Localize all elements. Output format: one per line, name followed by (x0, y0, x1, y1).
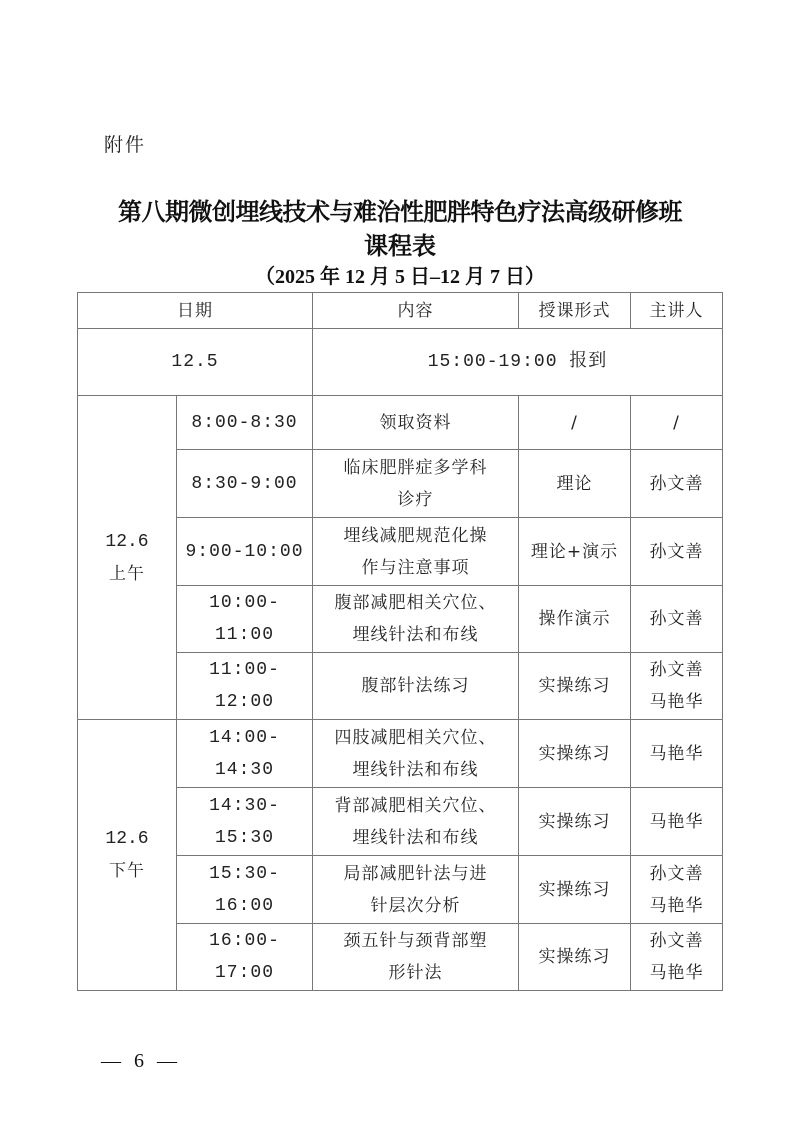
content-line: 针层次分析 (317, 890, 514, 922)
content-line: 埋线减肥规范化操 (317, 520, 514, 552)
registration-content: 15:00-19:00 报到 (313, 329, 723, 396)
content-cell: 腹部减肥相关穴位、 埋线针法和布线 (313, 586, 519, 653)
speaker-cell: 马艳华 (631, 788, 723, 856)
content-cell: 临床肥胖症多学科 诊疗 (313, 450, 519, 518)
time-cell: 8:30-9:00 (177, 450, 313, 518)
header-format: 授课形式 (519, 293, 631, 329)
time-cell: 14:30-15:30 (177, 788, 313, 856)
content-line: 腹部减肥相关穴位、 (317, 587, 514, 619)
content-cell: 腹部针法练习 (313, 653, 519, 720)
time-cell: 14:00-14:30 (177, 720, 313, 788)
content-line: 形针法 (317, 957, 514, 989)
header-speaker: 主讲人 (631, 293, 723, 329)
speaker-cell: 孙文善 马艳华 (631, 856, 723, 924)
registration-row: 12.5 15:00-19:00 报到 (78, 329, 723, 396)
date-range: （2025 年 12 月 5 日–12 月 7 日） (0, 260, 800, 289)
content-cell: 四肢减肥相关穴位、 埋线针法和布线 (313, 720, 519, 788)
content-cell: 颈五针与颈背部塑 形针法 (313, 924, 519, 991)
speaker-name: 孙文善 (635, 654, 718, 686)
time-cell: 11:00-12:00 (177, 653, 313, 720)
speaker-cell: 孙文善 (631, 586, 723, 653)
content-line: 临床肥胖症多学科 (317, 452, 514, 484)
time-cell: 8:00-8:30 (177, 396, 313, 450)
content-cell: 局部减肥针法与进 针层次分析 (313, 856, 519, 924)
speaker-name: 马艳华 (635, 806, 718, 838)
content-line: 颈五针与颈背部塑 (317, 925, 514, 957)
speaker-name: 孙文善 (635, 858, 718, 890)
afternoon-date: 12.6 (82, 823, 172, 855)
content-cell: 领取资料 (313, 396, 519, 450)
time-cell: 9:00-10:00 (177, 518, 313, 586)
header-date: 日期 (78, 293, 313, 329)
header-content: 内容 (313, 293, 519, 329)
format-cell: 实操练习 (519, 924, 631, 991)
document-title: 第八期微创埋线技术与难治性肥胖特色疗法高级研修班 (0, 192, 800, 227)
morning-date: 12.6 (82, 526, 172, 558)
document-subtitle: 课程表 (0, 226, 800, 261)
speaker-name: 孙文善 (635, 925, 718, 957)
speaker-name: 孙文善 (635, 468, 718, 500)
morning-period: 上午 (82, 558, 172, 590)
format-cell: 操作演示 (519, 586, 631, 653)
content-cell: 埋线减肥规范化操 作与注意事项 (313, 518, 519, 586)
attachment-label: 附件 (104, 130, 146, 157)
content-line: 诊疗 (317, 484, 514, 516)
speaker-name: 马艳华 (635, 686, 718, 718)
morning-date-cell: 12.6 上午 (78, 396, 177, 720)
afternoon-date-cell: 12.6 下午 (78, 720, 177, 991)
speaker-name: 马艳华 (635, 738, 718, 770)
speaker-name: 孙文善 (635, 603, 718, 635)
registration-date: 12.5 (78, 329, 313, 396)
format-cell: 实操练习 (519, 788, 631, 856)
speaker-cell: 孙文善 (631, 450, 723, 518)
speaker-name: 马艳华 (635, 890, 718, 922)
speaker-cell: / (631, 396, 723, 450)
content-line: 局部减肥针法与进 (317, 858, 514, 890)
format-cell: 实操练习 (519, 653, 631, 720)
format-cell: 实操练习 (519, 856, 631, 924)
content-line: 埋线针法和布线 (317, 619, 514, 651)
header-row: 日期 内容 授课形式 主讲人 (78, 293, 723, 329)
format-cell: 理论+演示 (519, 518, 631, 586)
content-cell: 背部减肥相关穴位、 埋线针法和布线 (313, 788, 519, 856)
content-line: 背部减肥相关穴位、 (317, 790, 514, 822)
content-line: 作与注意事项 (317, 552, 514, 584)
speaker-name: 马艳华 (635, 957, 718, 989)
speaker-cell: 孙文善 马艳华 (631, 924, 723, 991)
content-line: 埋线针法和布线 (317, 822, 514, 854)
time-cell: 15:30-16:00 (177, 856, 313, 924)
content-line: 领取资料 (317, 407, 514, 439)
speaker-cell: 马艳华 (631, 720, 723, 788)
format-cell: 理论 (519, 450, 631, 518)
table-row: 12.6 上午 8:00-8:30 领取资料 / / (78, 396, 723, 450)
content-line: 四肢减肥相关穴位、 (317, 722, 514, 754)
content-line: 腹部针法练习 (317, 670, 514, 702)
format-cell: 实操练习 (519, 720, 631, 788)
page-number: — 6 — (101, 1050, 181, 1073)
speaker-name: 孙文善 (635, 536, 718, 568)
time-cell: 16:00-17:00 (177, 924, 313, 991)
afternoon-period: 下午 (82, 855, 172, 887)
format-cell: / (519, 396, 631, 450)
speaker-cell: 孙文善 马艳华 (631, 653, 723, 720)
table-row: 12.6 下午 14:00-14:30 四肢减肥相关穴位、 埋线针法和布线 实操… (78, 720, 723, 788)
course-schedule-table: 日期 内容 授课形式 主讲人 12.5 15:00-19:00 报到 12.6 … (77, 292, 723, 991)
speaker-cell: 孙文善 (631, 518, 723, 586)
content-line: 埋线针法和布线 (317, 754, 514, 786)
speaker-name: / (635, 407, 718, 439)
time-cell: 10:00-11:00 (177, 586, 313, 653)
